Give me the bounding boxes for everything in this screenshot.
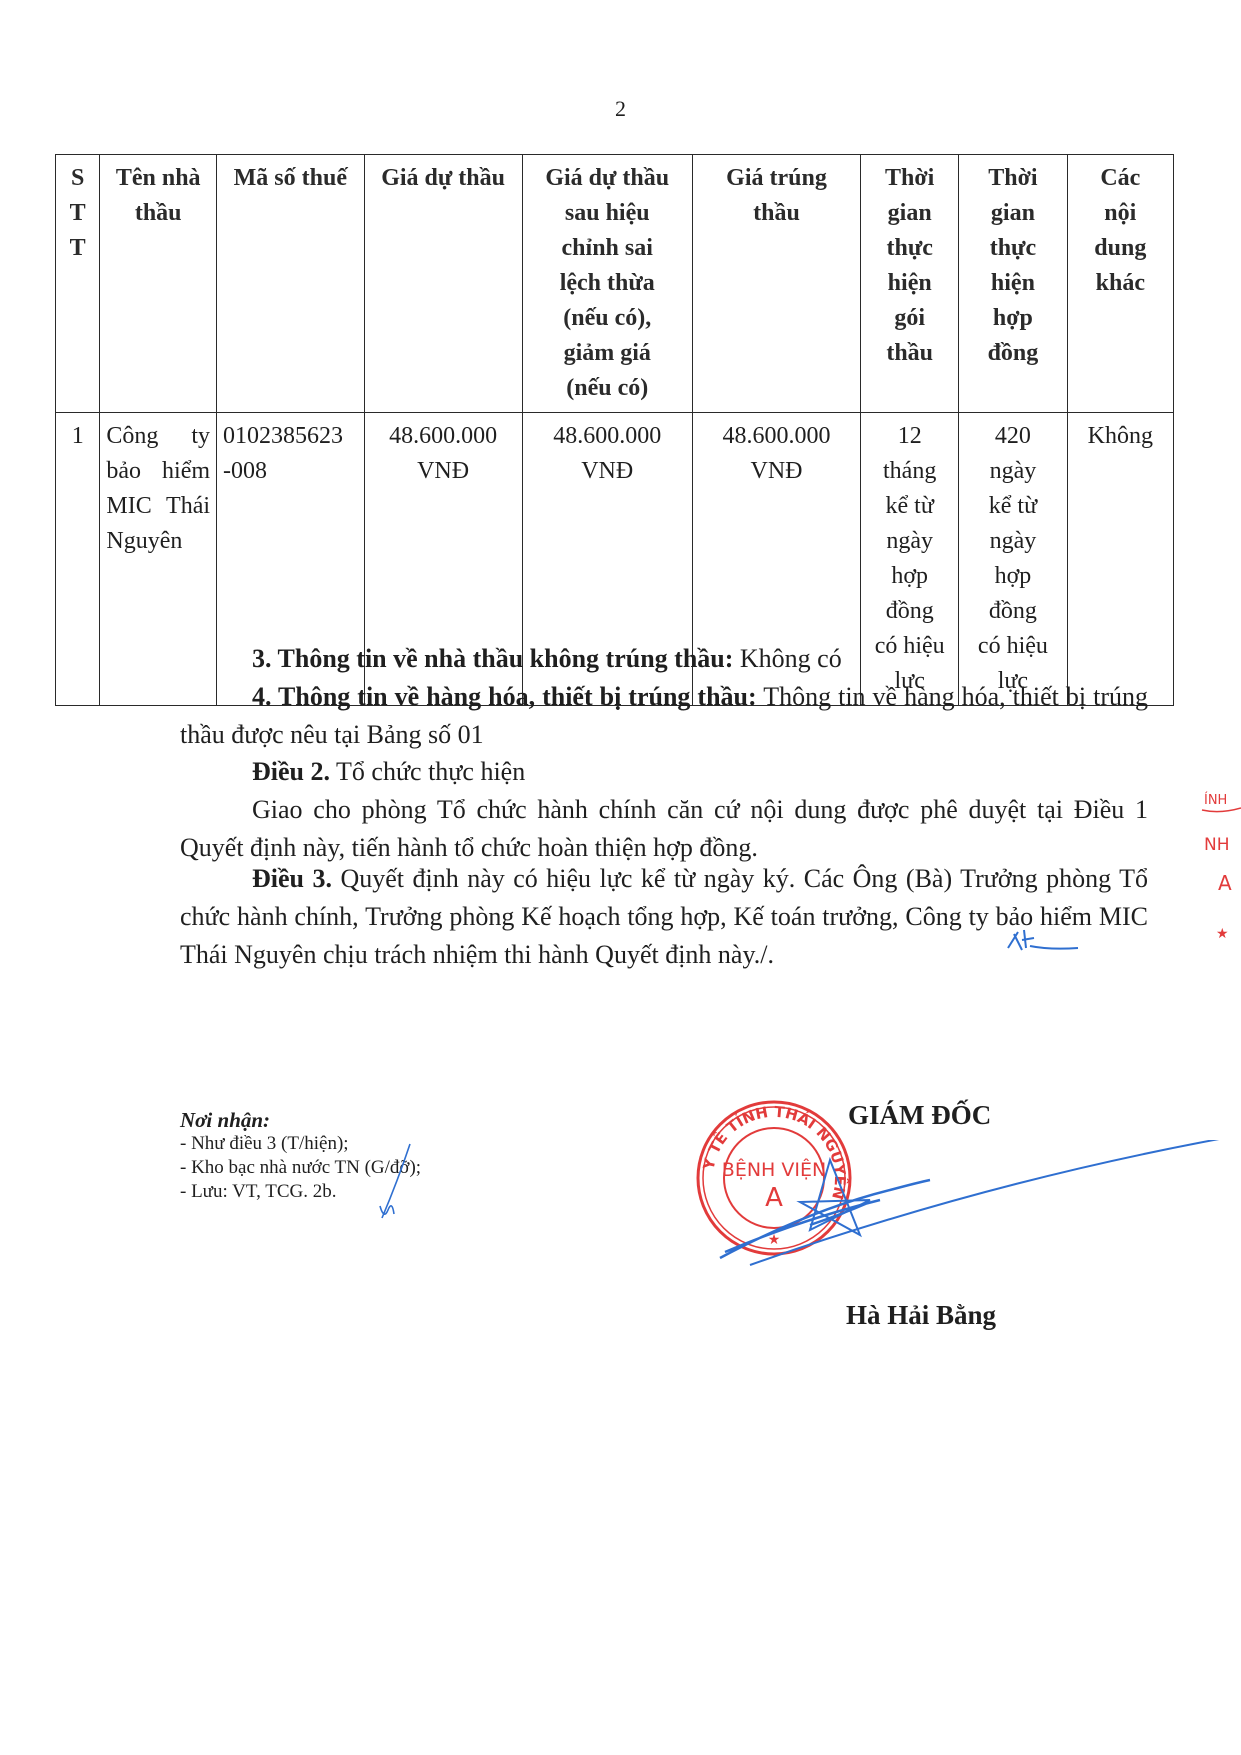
column-header-package_time: Thờigianthựchiệngóithầu (861, 155, 959, 413)
column-header-bid: Giá dự thầu (364, 155, 522, 413)
article-2-title: Tổ chức thực hiện (330, 757, 525, 786)
recipients-title: Nơi nhận: (180, 1108, 421, 1132)
svg-text:ÍNH: ÍNH (1204, 792, 1227, 808)
column-header-other: Cácnộidungkhác (1067, 155, 1173, 413)
svg-text:NH: NH (1204, 835, 1230, 855)
handwritten-signature-icon (690, 1140, 1241, 1270)
column-header-adjusted: Giá dự thầusau hiệuchỉnh sailệch thừa(nế… (522, 155, 692, 413)
article-3-label: Điều 3. (252, 864, 332, 893)
handwritten-tick-icon (370, 1140, 420, 1230)
svg-text:★: ★ (1216, 927, 1229, 942)
column-header-contract_time: Thờigianthựchiệnhợpđồng (959, 155, 1067, 413)
section-3-text: Không có (733, 644, 841, 673)
section-3-label: 3. Thông tin về nhà thầu không trúng thầ… (252, 644, 733, 673)
article-2-text: Giao cho phòng Tổ chức hành chính căn cứ… (180, 791, 1148, 867)
section-4-label: 4. Thông tin về hàng hóa, thiết bị trúng… (252, 682, 757, 711)
column-header-winning: Giá trúngthầu (692, 155, 860, 413)
table-header-row: STTTên nhàthầuMã số thuếGiá dự thầuGiá d… (56, 155, 1174, 413)
column-header-stt: STT (56, 155, 100, 413)
signer-name: Hà Hải Bằng (846, 1300, 996, 1331)
section-4: 4. Thông tin về hàng hóa, thiết bị trúng… (180, 678, 1148, 754)
column-header-name: Tên nhàthầu (100, 155, 217, 413)
handwritten-initials-icon (1000, 920, 1080, 960)
svg-text:A: A (1218, 871, 1232, 895)
signer-title: GIÁM ĐỐC (848, 1100, 991, 1131)
article-2-label: Điều 2. (252, 757, 330, 786)
winning-bid-table: STTTên nhàthầuMã số thuếGiá dự thầuGiá d… (55, 154, 1174, 706)
cell-stt: 1 (56, 413, 100, 706)
article-2-heading: Điều 2. Tổ chức thực hiện (180, 753, 1148, 791)
column-header-tax: Mã số thuế (217, 155, 365, 413)
page-number: 2 (0, 96, 1241, 122)
section-3: 3. Thông tin về nhà thầu không trúng thầ… (180, 640, 1148, 678)
partial-edge-stamp-icon: ÍNH NH A ★ (1200, 790, 1241, 980)
